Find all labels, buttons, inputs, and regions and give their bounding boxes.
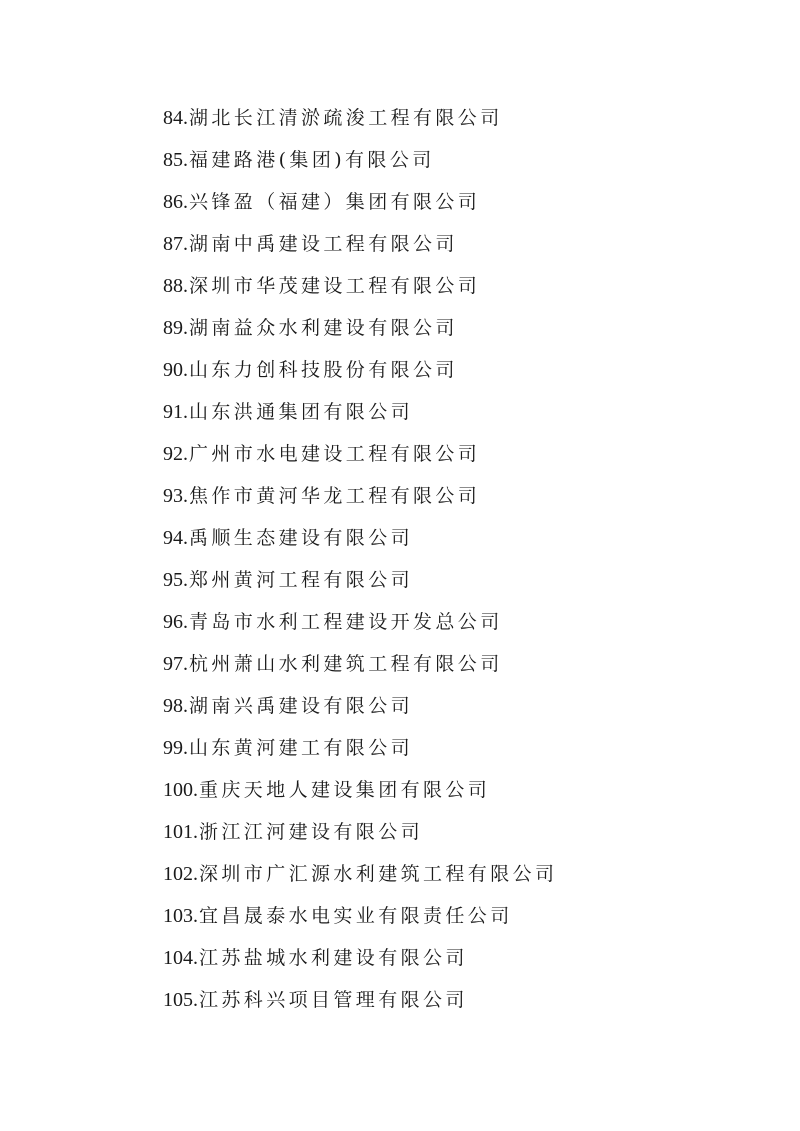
list-item: 98.湖南兴禹建设有限公司 bbox=[163, 692, 557, 734]
list-item: 96.青岛市水利工程建设开发总公司 bbox=[163, 608, 557, 650]
item-number: 87. bbox=[163, 233, 188, 255]
company-name: 湖南兴禹建设有限公司 bbox=[189, 695, 413, 717]
company-name: 江苏科兴项目管理有限公司 bbox=[199, 989, 468, 1011]
company-name: 福建路港(集团)有限公司 bbox=[189, 149, 435, 171]
company-name: 湖南益众水利建设有限公司 bbox=[189, 317, 458, 339]
company-name: 深圳市华茂建设工程有限公司 bbox=[189, 275, 480, 297]
item-number: 95. bbox=[163, 569, 188, 591]
company-list: 84.湖北长江清淤疏浚工程有限公司 85.福建路港(集团)有限公司 86.兴锋盈… bbox=[163, 104, 557, 1028]
item-number: 105. bbox=[163, 989, 198, 1011]
company-name: 深圳市广汇源水利建筑工程有限公司 bbox=[199, 863, 557, 885]
item-number: 90. bbox=[163, 359, 188, 381]
item-number: 99. bbox=[163, 737, 188, 759]
company-name: 焦作市黄河华龙工程有限公司 bbox=[189, 485, 480, 507]
company-name: 浙江江河建设有限公司 bbox=[199, 821, 423, 843]
list-item: 91.山东洪通集团有限公司 bbox=[163, 398, 557, 440]
list-item: 88.深圳市华茂建设工程有限公司 bbox=[163, 272, 557, 314]
list-item: 101.浙江江河建设有限公司 bbox=[163, 818, 557, 860]
list-item: 92.广州市水电建设工程有限公司 bbox=[163, 440, 557, 482]
item-number: 98. bbox=[163, 695, 188, 717]
list-item: 93.焦作市黄河华龙工程有限公司 bbox=[163, 482, 557, 524]
list-item: 86.兴锋盈（福建）集团有限公司 bbox=[163, 188, 557, 230]
company-name: 杭州萧山水利建筑工程有限公司 bbox=[189, 653, 503, 675]
company-name: 重庆天地人建设集团有限公司 bbox=[199, 779, 490, 801]
item-number: 100. bbox=[163, 779, 198, 801]
item-number: 97. bbox=[163, 653, 188, 675]
item-number: 102. bbox=[163, 863, 198, 885]
item-number: 103. bbox=[163, 905, 198, 927]
list-item: 84.湖北长江清淤疏浚工程有限公司 bbox=[163, 104, 557, 146]
company-name: 江苏盐城水利建设有限公司 bbox=[199, 947, 468, 969]
list-item: 89.湖南益众水利建设有限公司 bbox=[163, 314, 557, 356]
list-item: 85.福建路港(集团)有限公司 bbox=[163, 146, 557, 188]
company-name: 广州市水电建设工程有限公司 bbox=[189, 443, 480, 465]
item-number: 85. bbox=[163, 149, 188, 171]
item-number: 91. bbox=[163, 401, 188, 423]
item-number: 94. bbox=[163, 527, 188, 549]
company-name: 湖北长江清淤疏浚工程有限公司 bbox=[189, 107, 503, 129]
list-item: 102.深圳市广汇源水利建筑工程有限公司 bbox=[163, 860, 557, 902]
company-name: 郑州黄河工程有限公司 bbox=[189, 569, 413, 591]
company-name: 山东黄河建工有限公司 bbox=[189, 737, 413, 759]
item-number: 93. bbox=[163, 485, 188, 507]
company-name: 湖南中禹建设工程有限公司 bbox=[189, 233, 458, 255]
company-name: 宜昌晟泰水电实业有限责任公司 bbox=[199, 905, 513, 927]
list-item: 100.重庆天地人建设集团有限公司 bbox=[163, 776, 557, 818]
list-item: 87.湖南中禹建设工程有限公司 bbox=[163, 230, 557, 272]
item-number: 92. bbox=[163, 443, 188, 465]
item-number: 89. bbox=[163, 317, 188, 339]
item-number: 84. bbox=[163, 107, 188, 129]
list-item: 94.禹顺生态建设有限公司 bbox=[163, 524, 557, 566]
list-item: 90.山东力创科技股份有限公司 bbox=[163, 356, 557, 398]
company-name: 山东洪通集团有限公司 bbox=[189, 401, 413, 423]
item-number: 88. bbox=[163, 275, 188, 297]
company-name: 兴锋盈（福建）集团有限公司 bbox=[189, 191, 480, 213]
list-item: 104.江苏盐城水利建设有限公司 bbox=[163, 944, 557, 986]
document-page: 84.湖北长江清淤疏浚工程有限公司 85.福建路港(集团)有限公司 86.兴锋盈… bbox=[0, 0, 800, 1131]
list-item: 103.宜昌晟泰水电实业有限责任公司 bbox=[163, 902, 557, 944]
list-item: 99.山东黄河建工有限公司 bbox=[163, 734, 557, 776]
list-item: 95.郑州黄河工程有限公司 bbox=[163, 566, 557, 608]
company-name: 禹顺生态建设有限公司 bbox=[189, 527, 413, 549]
list-item: 97.杭州萧山水利建筑工程有限公司 bbox=[163, 650, 557, 692]
item-number: 104. bbox=[163, 947, 198, 969]
company-name: 山东力创科技股份有限公司 bbox=[189, 359, 458, 381]
list-item: 105.江苏科兴项目管理有限公司 bbox=[163, 986, 557, 1028]
company-name: 青岛市水利工程建设开发总公司 bbox=[189, 611, 503, 633]
item-number: 86. bbox=[163, 191, 188, 213]
item-number: 96. bbox=[163, 611, 188, 633]
item-number: 101. bbox=[163, 821, 198, 843]
